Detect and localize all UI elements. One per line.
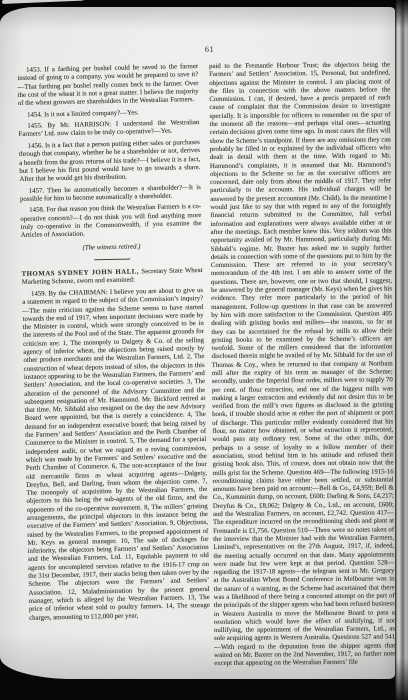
book-page-edges xyxy=(395,0,408,700)
section-divider xyxy=(94,258,130,260)
two-column-text: 1453. If a farthing per bushel could be … xyxy=(17,63,390,672)
witness-retired-note: (The witness retired.) xyxy=(21,242,202,254)
qa-paragraph: 1455. By Mr. HARRISON: I understand the … xyxy=(18,119,199,140)
witness-heading: THOMAS SYDNEY JOHN HALL, Secretary State… xyxy=(21,267,202,288)
left-column: 1453. If a farthing per bushel could be … xyxy=(17,63,211,676)
qa-paragraph: 1456. Is it a fact that a person putting… xyxy=(19,139,201,184)
qa-paragraph: 1454. Is it not a limited company?—Yes. xyxy=(18,108,199,120)
page-number: 61 xyxy=(17,44,390,54)
statement-paragraph: 1459. By the CHAIRMAN: I believe you are… xyxy=(22,287,210,623)
scanned-document-page: 61 1453. If a farthing per bushel could … xyxy=(0,0,408,700)
qa-paragraph: 1458. For that reason you think the West… xyxy=(20,203,202,240)
scan-top-left-glint xyxy=(2,0,84,4)
qa-paragraph: 1457. Then he automatically becomes a sh… xyxy=(20,184,201,205)
continuation-paragraph: paid to the Fremantle Harbour Trust; the… xyxy=(209,61,395,668)
page-content: 61 1453. If a farthing per bushel could … xyxy=(17,44,390,672)
book-page-edges-shading xyxy=(395,0,408,700)
qa-paragraph: 1453. If a farthing per bushel could be … xyxy=(17,63,199,108)
right-column: paid to the Fremantle Harbour Trust; the… xyxy=(209,61,395,671)
